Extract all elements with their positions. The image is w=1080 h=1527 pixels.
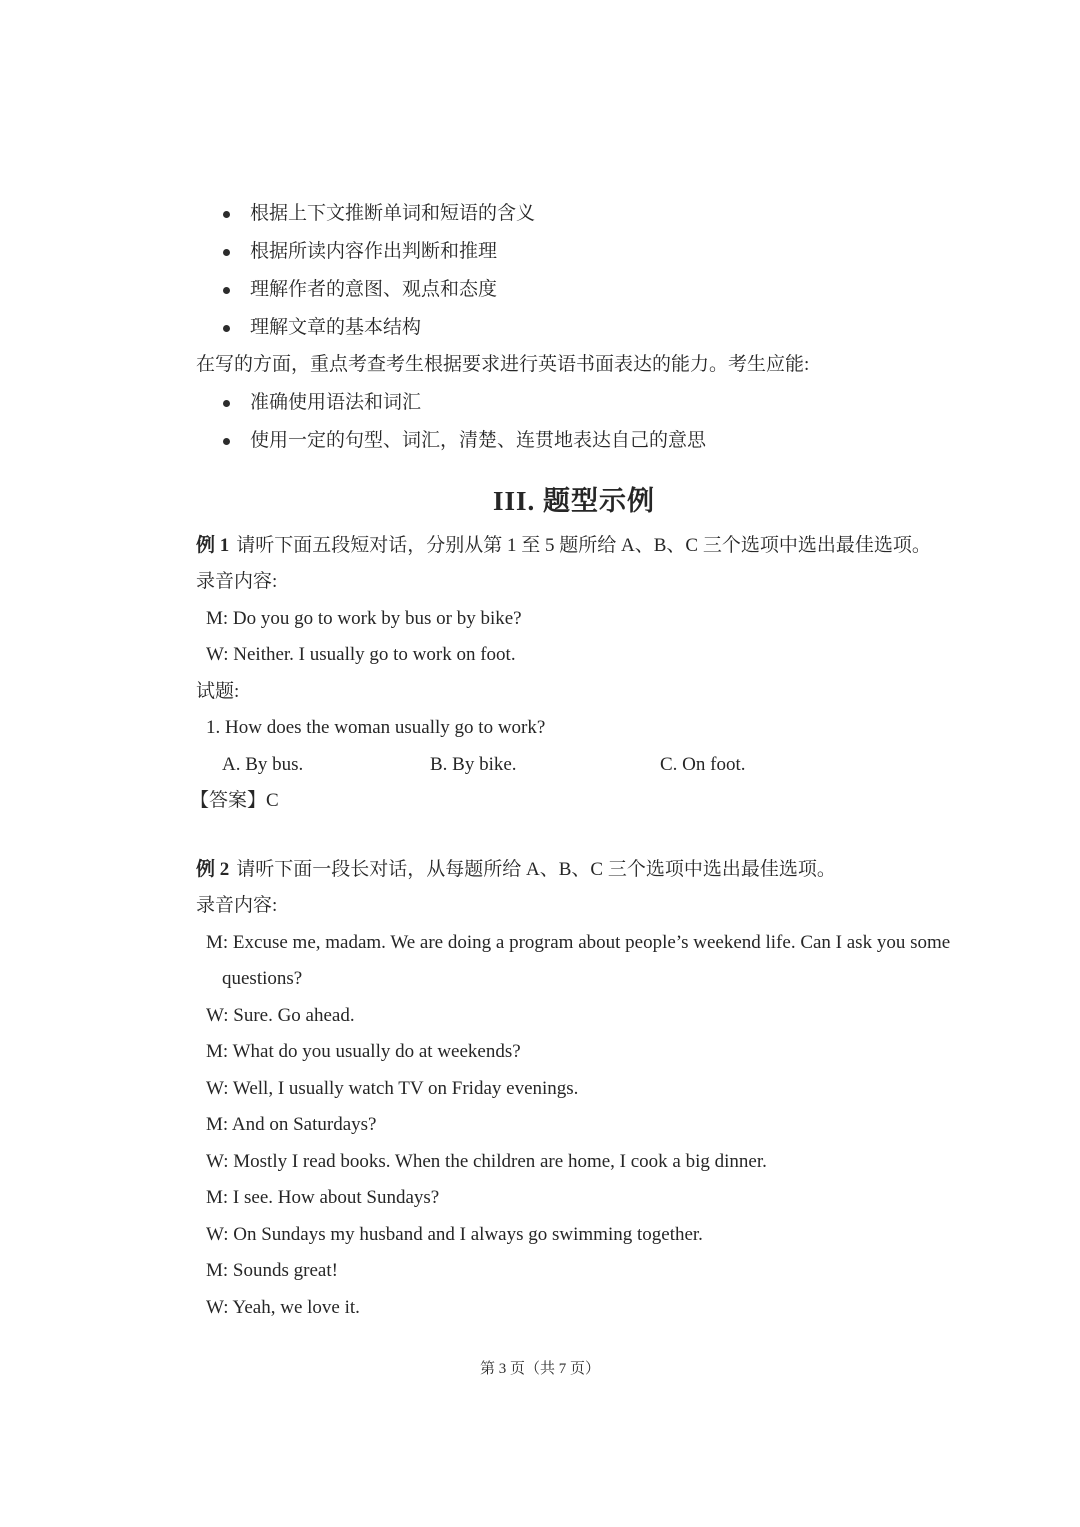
bullet-text: 根据所读内容作出判断和推理 [250,233,497,271]
dialogue-line: W: Well, I usually watch TV on Friday ev… [206,1071,952,1108]
dialogue-line: W: Mostly I read books. When the childre… [206,1144,952,1181]
writing-intro: 在写的方面，重点考查考生根据要求进行英语书面表达的能力。考生应能: [196,347,952,384]
example2-recording-label: 录音内容: [196,888,952,925]
list-item: 使用一定的句型、词汇，清楚、连贯地表达自己的意思 [196,422,952,460]
writing-skills-list: 准确使用语法和词汇 使用一定的句型、词汇，清楚、连贯地表达自己的意思 [196,384,952,460]
dialogue-line: M: I see. How about Sundays? [206,1180,952,1217]
page-content: 根据上下文推断单词和短语的含义 根据所读内容作出判断和推理 理解作者的意图、观点… [196,195,952,1326]
list-item: 根据所读内容作出判断和推理 [196,233,952,271]
list-item: 准确使用语法和词汇 [196,384,952,422]
dialogue-line: W: On Sundays my husband and I always go… [206,1217,952,1254]
example1-question-label: 试题: [196,674,952,711]
bullet-text: 根据上下文推断单词和短语的含义 [250,195,535,233]
page-number: 第 3 页（共 7 页） [0,1358,1080,1380]
answer-value: C [266,790,279,811]
example2-label: 例 2 [196,859,229,880]
example1-recording-label: 录音内容: [196,564,952,601]
bullet-icon [223,438,230,445]
bullet-text: 理解文章的基本结构 [250,309,421,347]
bullet-icon [223,325,230,332]
bullet-icon [223,211,230,218]
example1-label: 例 1 [196,535,229,556]
dialogue-line: M: Do you go to work by bus or by bike? [206,601,952,638]
bullet-icon [223,249,230,256]
dialogue-line: W: Neither. I usually go to work on foot… [206,637,952,674]
dialogue-line: M: Excuse me, madam. We are doing a prog… [206,925,952,998]
dialogue-line: M: Sounds great! [206,1253,952,1290]
list-item: 理解作者的意图、观点和态度 [196,271,952,309]
option-a: A. By bus. [222,747,430,784]
document-page: 根据上下文推断单词和短语的含义 根据所读内容作出判断和推理 理解作者的意图、观点… [0,0,1080,1527]
list-item: 根据上下文推断单词和短语的含义 [196,195,952,233]
answer-label: 【答案】 [190,790,266,811]
bullet-text: 使用一定的句型、词汇，清楚、连贯地表达自己的意思 [250,422,706,460]
example2-intro-line: 例 2请听下面一段长对话，从每题所给 A、B、C 三个选项中选出最佳选项。 [196,852,952,889]
options-row: A. By bus. B. By bike. C. On foot. [196,747,952,784]
bullet-text: 准确使用语法和词汇 [250,384,421,422]
list-item: 理解文章的基本结构 [196,309,952,347]
reading-skills-list: 根据上下文推断单词和短语的含义 根据所读内容作出判断和推理 理解作者的意图、观点… [196,195,952,347]
section-heading: III. 题型示例 [196,481,952,521]
bullet-icon [223,400,230,407]
example2-intro-text: 请听下面一段长对话，从每题所给 A、B、C 三个选项中选出最佳选项。 [236,859,836,880]
answer-line: 【答案】C [190,783,952,820]
option-b: B. By bike. [430,747,660,784]
question-text: 1. How does the woman usually go to work… [206,710,952,747]
option-c: C. On foot. [660,747,952,784]
dialogue-line: M: And on Saturdays? [206,1107,952,1144]
example1-intro-line: 例 1请听下面五段短对话，分别从第 1 至 5 题所给 A、B、C 三个选项中选… [196,528,952,565]
dialogue-line: M: What do you usually do at weekends? [206,1034,952,1071]
example1-intro-text: 请听下面五段短对话，分别从第 1 至 5 题所给 A、B、C 三个选项中选出最佳… [236,535,931,556]
bullet-icon [223,287,230,294]
dialogue-line: W: Yeah, we love it. [206,1290,952,1327]
dialogue-line: W: Sure. Go ahead. [206,998,952,1035]
bullet-text: 理解作者的意图、观点和态度 [250,271,497,309]
